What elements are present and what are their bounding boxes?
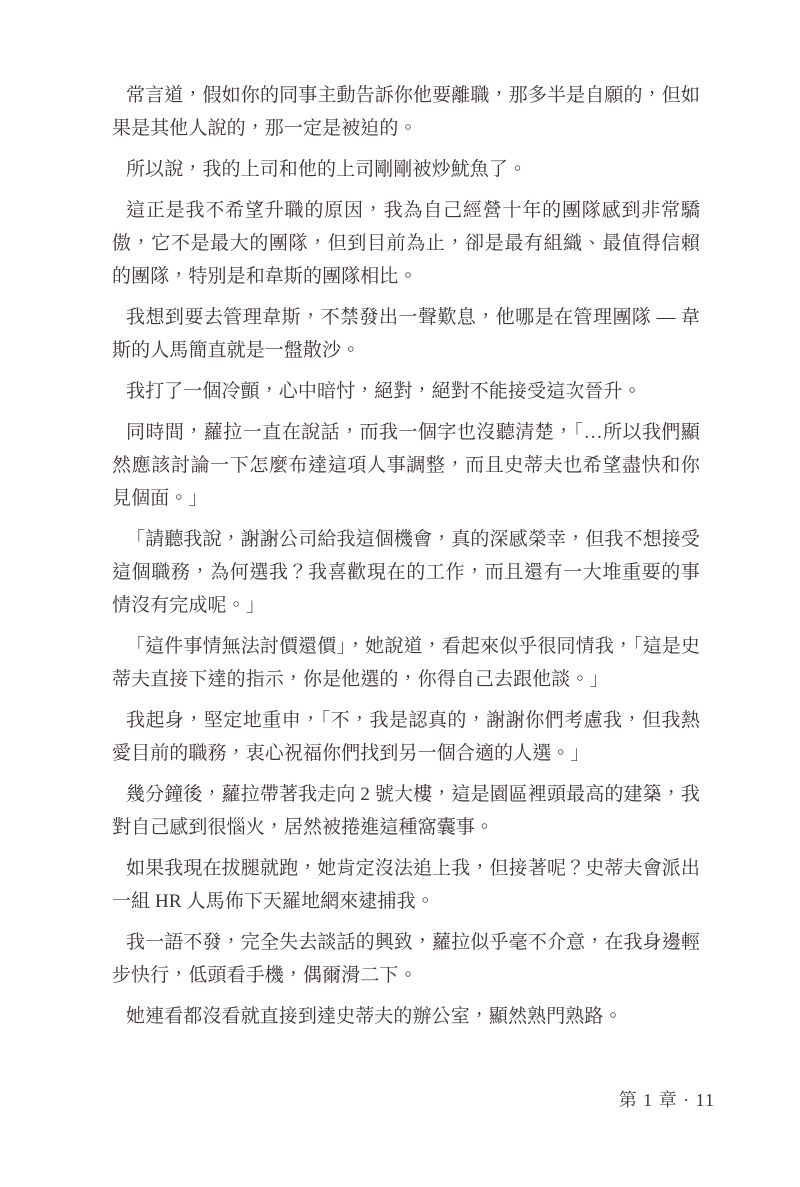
page-footer-chapter-number: 第 1 章 · 11	[619, 1086, 715, 1112]
paragraph: 我打了一個冷顫，心中暗忖，絕對，絕對不能接受這次晉升。	[112, 375, 700, 408]
paragraph: 我起身，堅定地重申，「不，我是認真的，謝謝你們考慮我，但我熱愛目前的職務，衷心祝…	[112, 704, 700, 770]
book-page: 常言道，假如你的同事主動告訴你他要離職，那多半是自願的，但如果是其他人說的，那一…	[0, 0, 800, 1187]
paragraph: 如果我現在拔腿就跑，她肯定沒法追上我，但接著呢？史蒂夫會派出一組 HR 人馬佈下…	[112, 852, 700, 918]
paragraph: 「這件事情無法討價還價」，她說道，看起來似乎很同情我，「這是史蒂夫直接下達的指示…	[112, 630, 700, 696]
paragraph: 她連看都沒看就直接到達史蒂夫的辦公室，顯然熟門熟路。	[112, 1000, 700, 1033]
paragraph: 這正是我不希望升職的原因，我為自己經營十年的團隊感到非常驕傲，它不是最大的團隊，…	[112, 194, 700, 293]
paragraph: 常言道，假如你的同事主動告訴你他要離職，那多半是自願的，但如果是其他人說的，那一…	[112, 79, 700, 145]
paragraph: 我一語不發，完全失去談話的興致，蘿拉似乎毫不介意，在我身邊輕步快行，低頭看手機，…	[112, 926, 700, 992]
paragraph: 幾分鐘後，蘿拉帶著我走向 2 號大樓，這是園區裡頭最高的建築，我對自己感到很惱火…	[112, 778, 700, 844]
paragraph: 同時間，蘿拉一直在說話，而我一個字也沒聽清楚，「…所以我們顯然應該討論一下怎麼布…	[112, 416, 700, 515]
paragraph: 我想到要去管理韋斯，不禁發出一聲歎息，他哪是在管理團隊 — 韋斯的人馬簡直就是一…	[112, 301, 700, 367]
paragraph: 所以說，我的上司和他的上司剛剛被炒魷魚了。	[112, 153, 700, 186]
body-text: 常言道，假如你的同事主動告訴你他要離職，那多半是自願的，但如果是其他人說的，那一…	[112, 79, 700, 1041]
paragraph: 「請聽我說，謝謝公司給我這個機會，真的深感榮幸，但我不想接受這個職務，為何選我？…	[112, 523, 700, 622]
